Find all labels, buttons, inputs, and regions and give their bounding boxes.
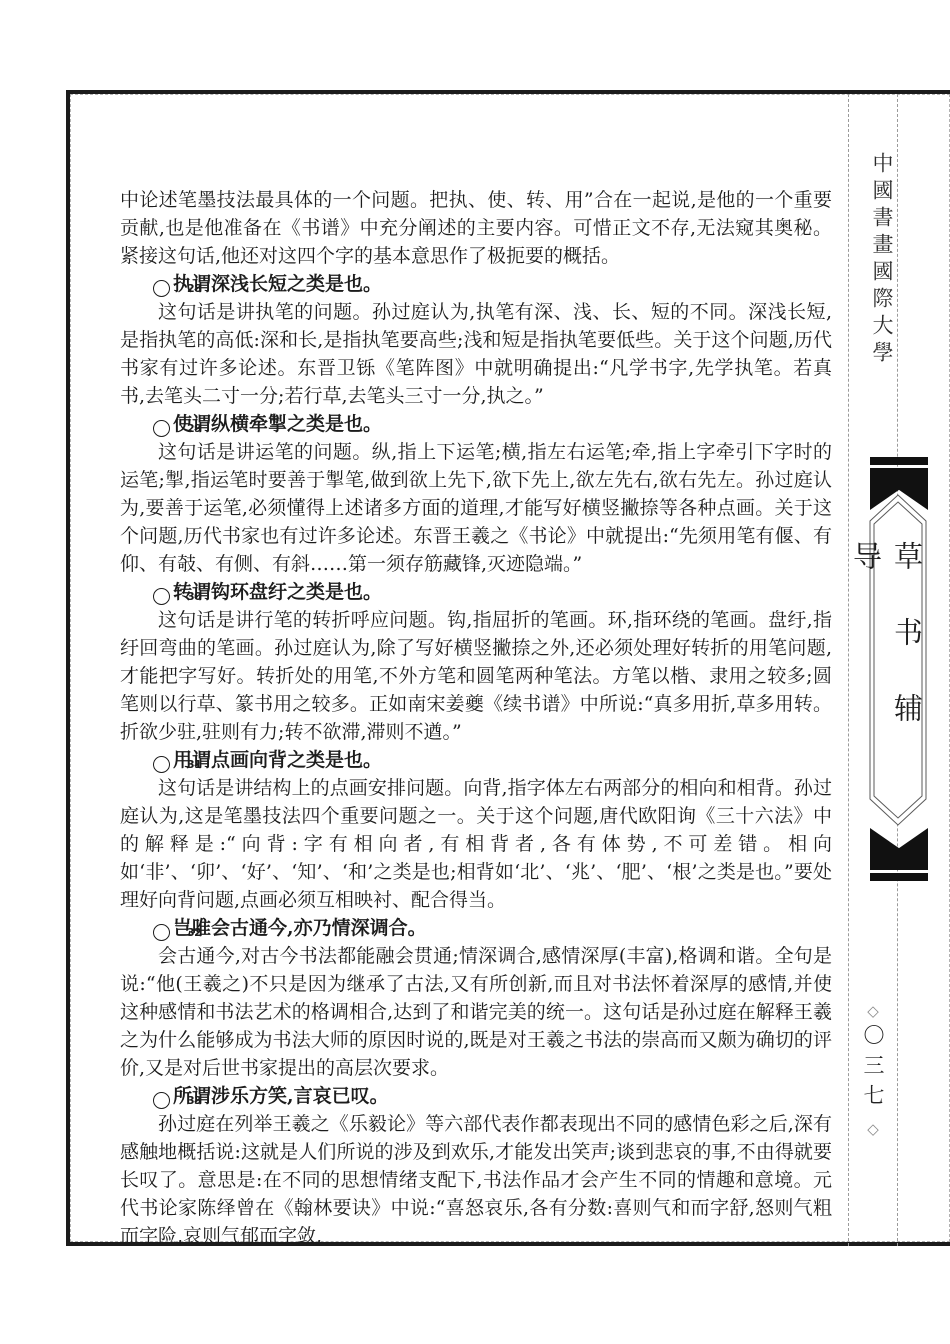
circled-number: 32	[153, 924, 170, 941]
folio-page-number: 〇三七	[862, 1024, 884, 1114]
section-heading: 32岂唯会古通今,亦乃情深调合。	[120, 914, 832, 942]
circled-number: 31	[153, 756, 170, 773]
body-paragraph: 会古通今,对古今书法都能融会贯通;情深调合,感情深厚(丰富),格调和谐。全句是说…	[120, 942, 832, 1082]
book-page: 中论述笔墨技法最具体的一个问题。把执、使、转、用”合在一起说,是他的一个重要贡献…	[0, 0, 950, 1344]
heading-text: 转谓钩环盘纡之类是也。	[173, 581, 382, 603]
banner-title: 草书辅导	[868, 541, 928, 801]
circled-number: 30	[153, 588, 170, 605]
circled-number: 29	[153, 420, 170, 437]
section-heading: 30转谓钩环盘纡之类是也。	[120, 578, 832, 606]
circled-number: 28	[153, 280, 170, 297]
banner-bottom-ribbon-icon	[870, 828, 928, 870]
circled-number: 33	[153, 1092, 170, 1109]
section-heading: 29使谓纵横牵掣之类是也。	[120, 410, 832, 438]
chapter-banner: 草书辅导	[868, 457, 928, 881]
body-paragraph: 这句话是讲行笔的转折呼应问题。钩,指屈折的笔画。环,指环绕的笔画。盘纡,指纡回弯…	[120, 606, 832, 746]
heading-text: 岂唯会古通今,亦乃情深调合。	[173, 917, 427, 939]
body-paragraph: 这句话是讲结构上的点画安排问题。向背,指字体左右两部分的相向和相背。孙过庭认为,…	[120, 774, 832, 914]
folio-block: ◇ 〇三七 ◇	[849, 1002, 897, 1138]
section-heading: 33所谓涉乐方笑,言哀已叹。	[120, 1082, 832, 1110]
body-paragraph: 中论述笔墨技法最具体的一个问题。把执、使、转、用”合在一起说,是他的一个重要贡献…	[120, 186, 832, 270]
university-title: 中國書畫國際大學	[849, 152, 897, 368]
body-paragraph: 这句话是讲执笔的问题。孙过庭认为,执笔有深、浅、长、短的不同。深浅长短,是指执笔…	[120, 298, 832, 410]
body-paragraph: 孙过庭在列举王羲之《乐毅论》等六部代表作都表现出不同的感情色彩之后,深有感触地概…	[120, 1110, 832, 1250]
text-column: 中论述笔墨技法最具体的一个问题。把执、使、转、用”合在一起说,是他的一个重要贡献…	[120, 186, 832, 1250]
section-heading: 31用谓点画向背之类是也。	[120, 746, 832, 774]
folio-bottom-diamond-icon: ◇	[867, 1120, 879, 1138]
heading-text: 执谓深浅长短之类是也。	[173, 273, 382, 295]
section-heading: 28执谓深浅长短之类是也。	[120, 270, 832, 298]
banner-top-bar	[870, 457, 928, 465]
banner-bottom-bar	[870, 873, 928, 881]
folio-top-diamond-icon: ◇	[867, 1002, 879, 1020]
body-paragraph: 这句话是讲运笔的问题。纵,指上下运笔;横,指左右运笔;牵,指上字牵引下字时的运笔…	[120, 438, 832, 578]
heading-text: 使谓纵横牵掣之类是也。	[173, 413, 382, 435]
heading-text: 所谓涉乐方笑,言哀已叹。	[173, 1085, 389, 1107]
heading-text: 用谓点画向背之类是也。	[173, 749, 382, 771]
